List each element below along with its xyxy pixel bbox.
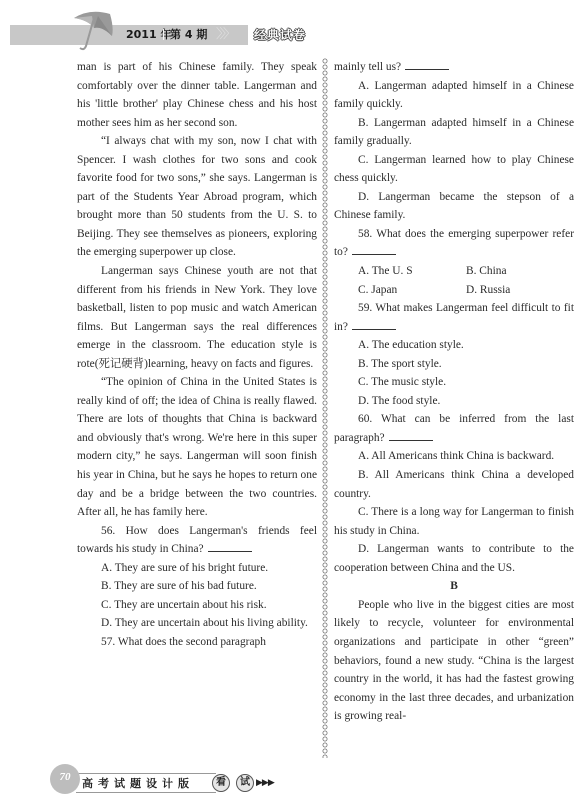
option-d: D. The food style. (334, 392, 574, 411)
footer-badge-shi: 试 (236, 774, 254, 792)
issue-year: 2011 年 (126, 26, 171, 44)
page-number: 70 (50, 764, 80, 794)
question-57-stem-start: 57. What does the second paragraph (77, 633, 317, 652)
umbrella-icon (68, 10, 120, 52)
option-c: C. They are uncertain about his risk. (77, 596, 317, 615)
option-b: B. They are sure of his bad future. (77, 577, 317, 596)
question-56: 56. How does Langerman's friends feel to… (77, 522, 317, 633)
option-a: A. Langerman adapted himself in a Chines… (334, 77, 574, 114)
column-divider (321, 58, 329, 758)
section-heading-b: B (334, 577, 574, 596)
answer-blank (405, 60, 449, 70)
option-d: D. Russia (466, 281, 574, 300)
option-c: C. There is a long way for Langerman to … (334, 503, 574, 540)
option-a: A. The U. S (358, 262, 466, 281)
footer-badge-kan: 看 (212, 774, 230, 792)
section-title: 经典试卷 (254, 25, 306, 45)
triple-arrow-icon: ▶▶▶ (256, 775, 274, 791)
left-column: man is part of his Chinese family. They … (77, 58, 317, 652)
option-a: A. The education style. (334, 336, 574, 355)
answer-blank (389, 431, 433, 441)
option-c: C. Langerman learned how to play Chinese… (334, 151, 574, 188)
issue-number: 第 4 期 (170, 26, 207, 44)
answer-blank (352, 245, 396, 255)
passage-paragraph: “I always chat with my son, now I chat w… (77, 132, 317, 262)
option-d: D. Langerman became the stepson of a Chi… (334, 188, 574, 225)
option-c: C. Japan (358, 281, 466, 300)
option-b: B. The sport style. (334, 355, 574, 374)
right-column: mainly tell us? A. Langerman adapted him… (334, 58, 574, 726)
footer-rule-bottom (76, 792, 216, 793)
passage-b-paragraph: People who live in the biggest cities ar… (334, 596, 574, 726)
question-60: 60. What can be inferred from the last p… (334, 410, 574, 577)
option-b: B. Langerman adapted himself in a Chines… (334, 114, 574, 151)
option-d: D. They are uncertain about his living a… (77, 614, 317, 633)
passage-paragraph: “The opinion of China in the United Stat… (77, 373, 317, 521)
chevrons-icon: 〉〉〉 (216, 25, 233, 45)
header-separator (163, 29, 164, 40)
footer-rule-top (76, 773, 216, 774)
option-a: A. They are sure of his bright future. (77, 559, 317, 578)
page-header: 2011 年 第 4 期 〉〉〉 经典试卷 (0, 0, 581, 56)
question-stem: 60. What can be inferred from the last p… (334, 413, 574, 444)
option-a: A. All Americans think China is backward… (334, 447, 574, 466)
question-stem: 56. How does Langerman's friends feel to… (77, 525, 317, 556)
option-c: C. The music style. (334, 373, 574, 392)
footer-title: 高考试题设计版 (82, 776, 194, 792)
answer-blank (208, 542, 252, 552)
passage-paragraph: man is part of his Chinese family. They … (77, 58, 317, 132)
passage-paragraph: Langerman says Chinese youth are not tha… (77, 262, 317, 373)
option-d: D. Langerman wants to contribute to the … (334, 540, 574, 577)
question-57: mainly tell us? A. Langerman adapted him… (334, 58, 574, 225)
question-59: 59. What makes Langerman feel difficult … (334, 299, 574, 410)
option-b: B. All Americans think China a developed… (334, 466, 574, 503)
answer-blank (352, 320, 396, 330)
option-b: B. China (466, 262, 574, 281)
question-58: 58. What does the emerging superpower re… (334, 225, 574, 299)
question-stem: mainly tell us? (334, 61, 401, 73)
page-footer: 70 高考试题设计版 看 试 ▶▶▶ (0, 758, 581, 800)
